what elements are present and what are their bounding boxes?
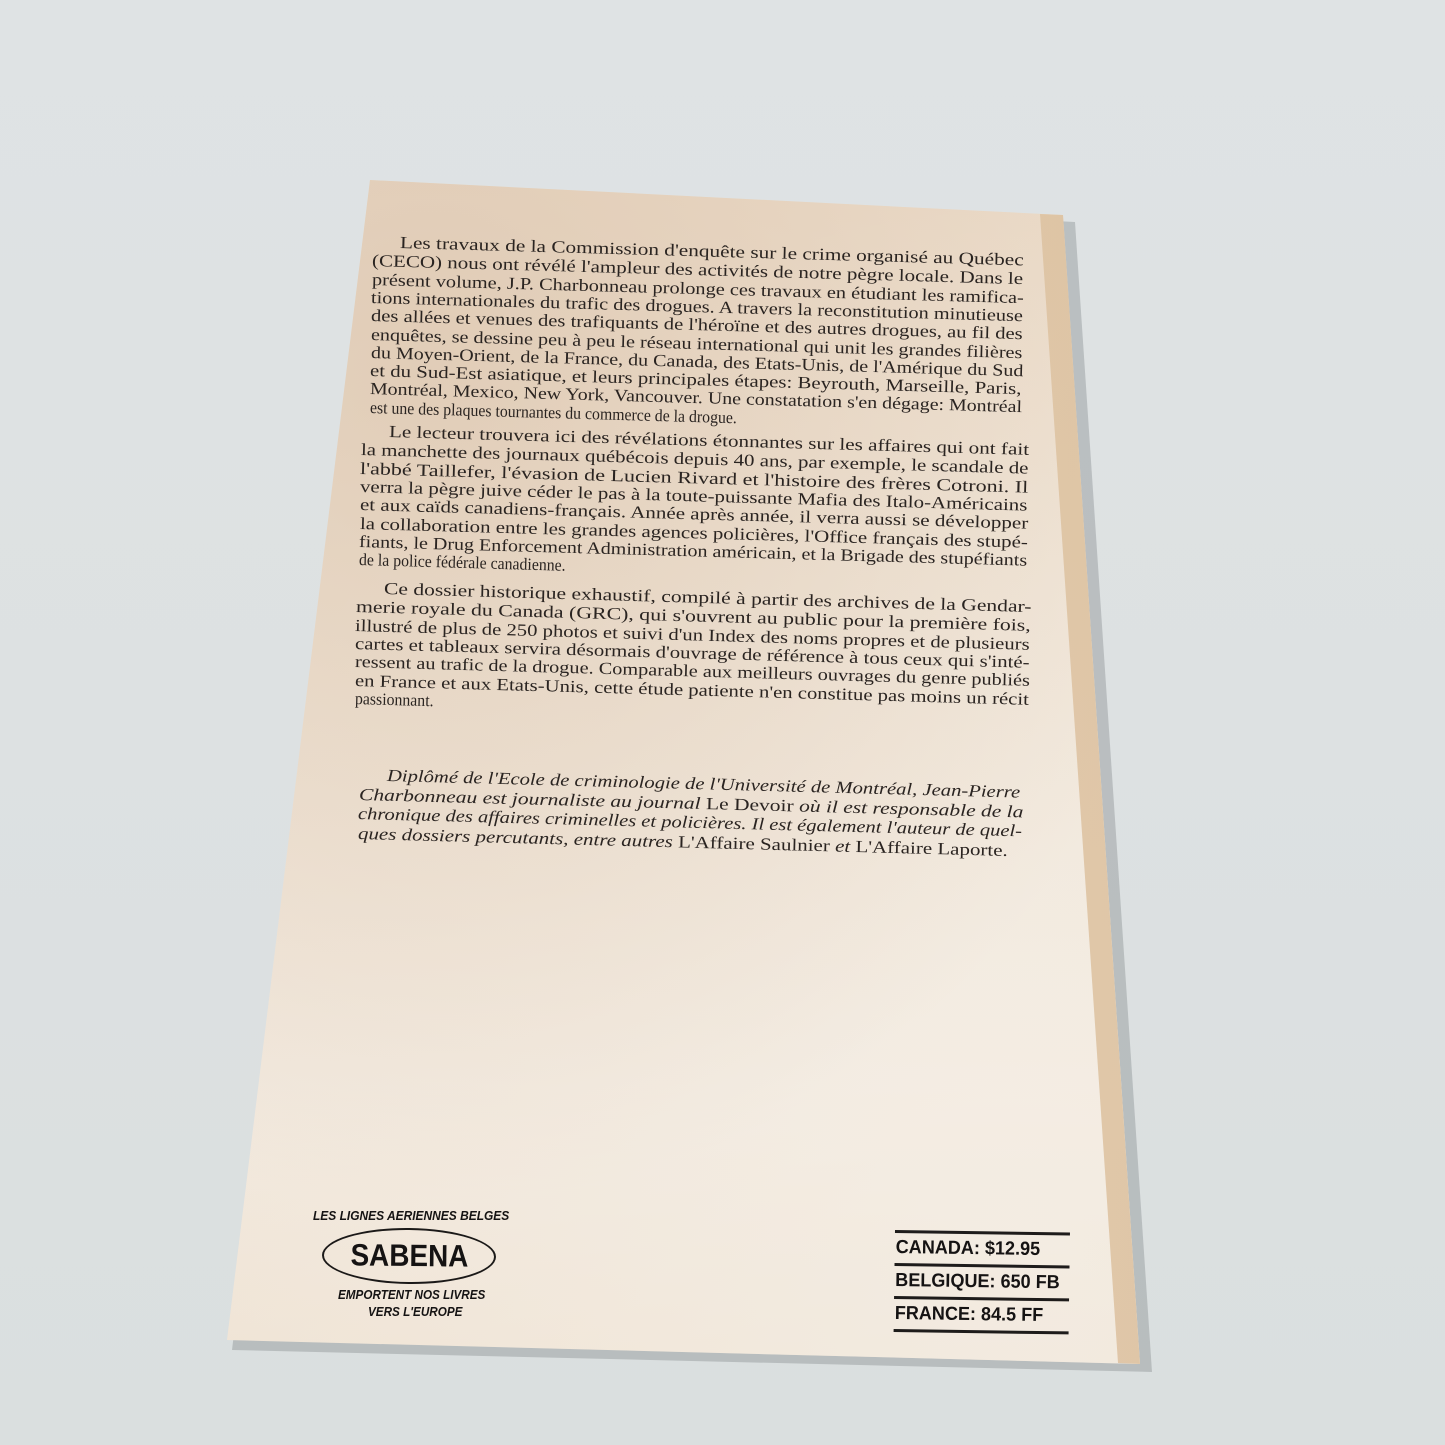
sponsor-tagline-bottom-1: EMPORTENT NOS LIVRES [338, 1288, 485, 1301]
sponsor-tagline-top: LES LIGNES AERIENNES BELGES [313, 1209, 509, 1222]
price-france: FRANCE: 84.5 FF [894, 1299, 1065, 1331]
photo-scene: Les travaux de la Commission d'enquête s… [0, 0, 1445, 1445]
price-list: CANADA: $12.95 BELGIQUE: 650 FB FRANCE: … [894, 1230, 1075, 1335]
bio-text: et [829, 836, 855, 856]
publication-title: L'Affaire Saulnier [678, 832, 830, 855]
book-back-cover [0, 0, 1445, 1445]
sabena-logo-text: SABENA [350, 1237, 468, 1274]
price-canada: CANADA: $12.95 [895, 1233, 1066, 1265]
cover-text-line: passionnant. [354, 690, 433, 709]
publication-title: L'Affaire Laporte. [855, 837, 1008, 860]
price-belgique: BELGIQUE: 650 FB [894, 1266, 1065, 1298]
publication-title: Le Devoir [705, 794, 793, 815]
sponsor-tagline-bottom-2: VERS L'EUROPE [368, 1305, 462, 1318]
